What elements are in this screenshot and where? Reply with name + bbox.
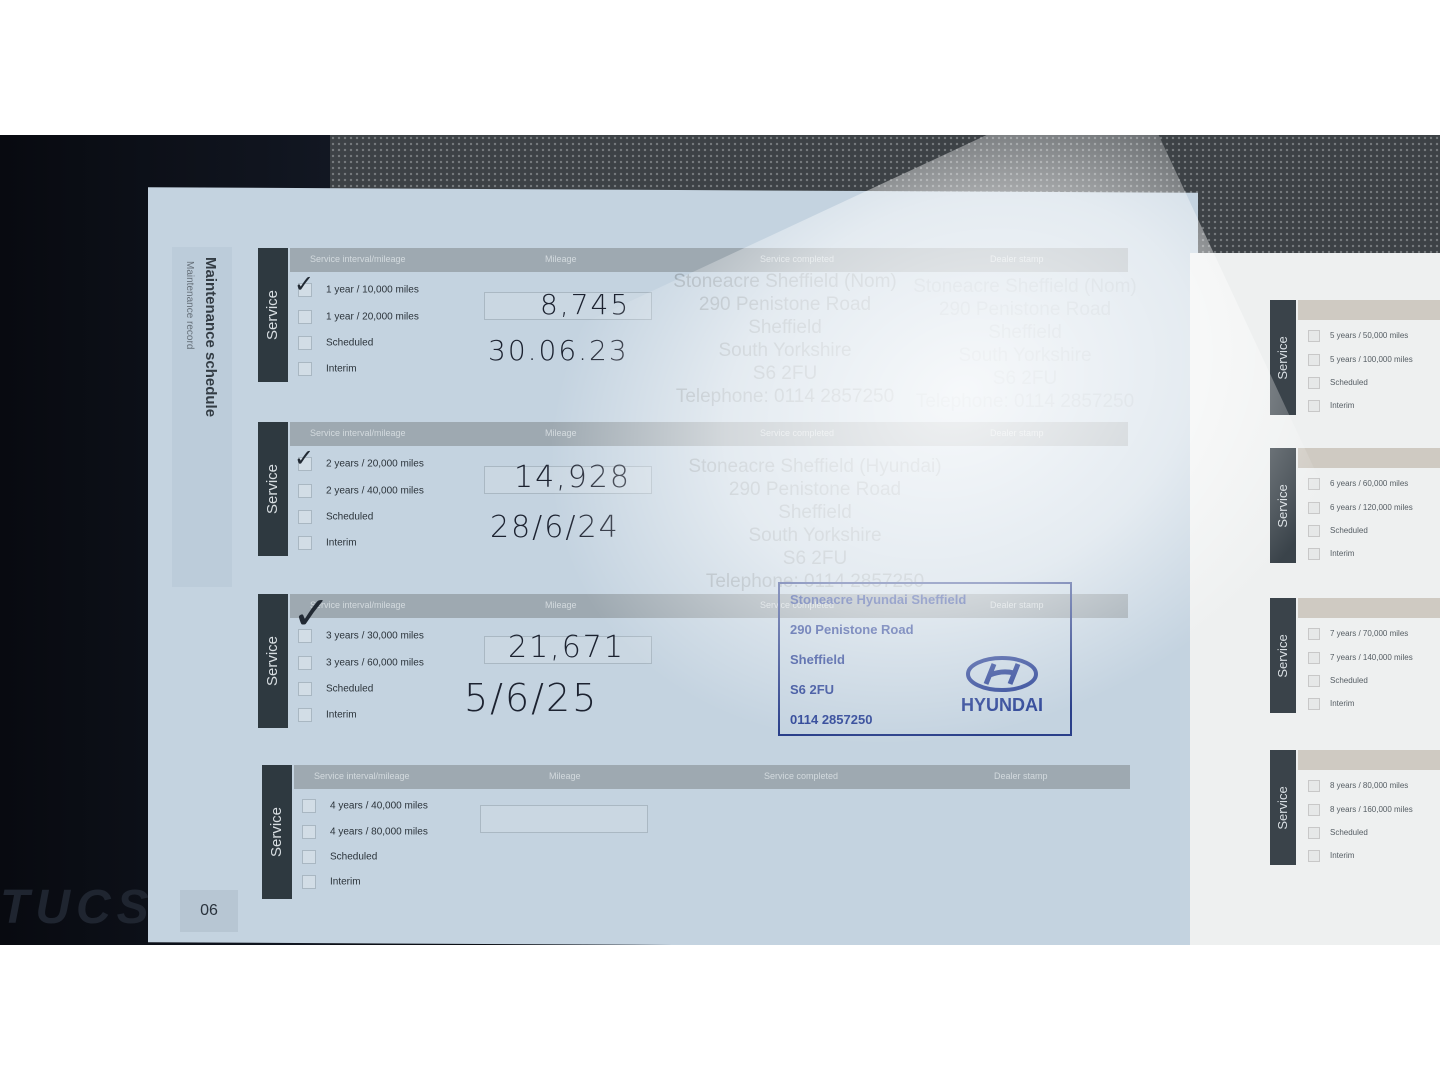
checkmark-icon: ✓ [294,270,314,299]
option[interactable]: 2 years / 20,000 miles [298,457,424,471]
record-header: Service interval/mileage Mileage Service… [290,422,1128,446]
date-handwritten: 28/6/24 [490,510,620,545]
hyundai-logo-icon: HYUNDAI [944,656,1060,716]
option[interactable]: 1 year / 20,000 miles [298,310,419,324]
section-title: Maintenance schedule [202,257,219,417]
dealer-stamp-1: Stoneacre Sheffield (Nom)290 Penistone R… [650,270,920,408]
option[interactable]: 1 year / 10,000 miles [298,283,419,297]
option[interactable]: 4 years / 80,000 miles [302,825,428,839]
right-service-record-4: Service 8 years / 80,000 miles 8 years /… [1270,750,1440,865]
dealer-stamp-2: Stoneacre Sheffield (Hyundai)290 Penisto… [680,455,950,593]
date-handwritten: 30.06.23 [488,334,629,367]
right-service-record-1: Service 5 years / 50,000 miles 5 years /… [1270,300,1440,415]
option[interactable]: Interim [298,708,357,722]
option[interactable]: 2 years / 40,000 miles [298,484,424,498]
page-number: 06 [180,890,238,932]
service-tab: Service [258,248,288,382]
option[interactable]: Interim [298,536,357,550]
option[interactable]: 4 years / 40,000 miles [302,799,428,813]
dealer-stamp-3: Stoneacre Hyundai Sheffield 290 Peniston… [778,582,1072,736]
checkmark-icon: ✓ [294,444,314,473]
mileage-field[interactable] [480,805,648,833]
record-header: Service interval/mileage Mileage Service… [294,765,1130,789]
service-record-4: Service Service interval/mileage Mileage… [262,765,1130,899]
right-service-record-2: Service 6 years / 60,000 miles 6 years /… [1270,448,1440,563]
option[interactable]: Interim [298,362,357,376]
service-tab: Service [258,422,288,556]
option[interactable]: Scheduled [298,336,373,350]
option[interactable]: 3 years / 60,000 miles [298,656,424,670]
dealer-stamp-1-copy: Stoneacre Sheffield (Nom)290 Penistone R… [905,275,1145,413]
checkmark-icon: ✓ [292,586,331,640]
option[interactable]: Scheduled [302,850,377,864]
mileage-handwritten: 8,745 [540,288,630,321]
svg-text:HYUNDAI: HYUNDAI [961,695,1043,715]
date-handwritten: 5/6/25 [464,676,598,720]
mileage-handwritten: 14,928 [514,460,631,495]
option[interactable]: Scheduled [298,510,373,524]
car-model-emboss: TUCS [0,880,155,935]
service-tab: Service [258,594,288,728]
service-book-photo: TUCS Maintenance schedule Maintenance re… [0,135,1440,945]
service-tab: Service [262,765,292,899]
section-subtitle: Maintenance record [184,261,195,349]
mileage-handwritten: 21,671 [508,630,625,665]
section-heading: Maintenance schedule Maintenance record [172,247,232,587]
option[interactable]: Interim [302,875,361,889]
record-header: Service interval/mileage Mileage Service… [290,248,1128,272]
option[interactable]: Scheduled [298,682,373,696]
right-service-record-3: Service 7 years / 70,000 miles 7 years /… [1270,598,1440,713]
